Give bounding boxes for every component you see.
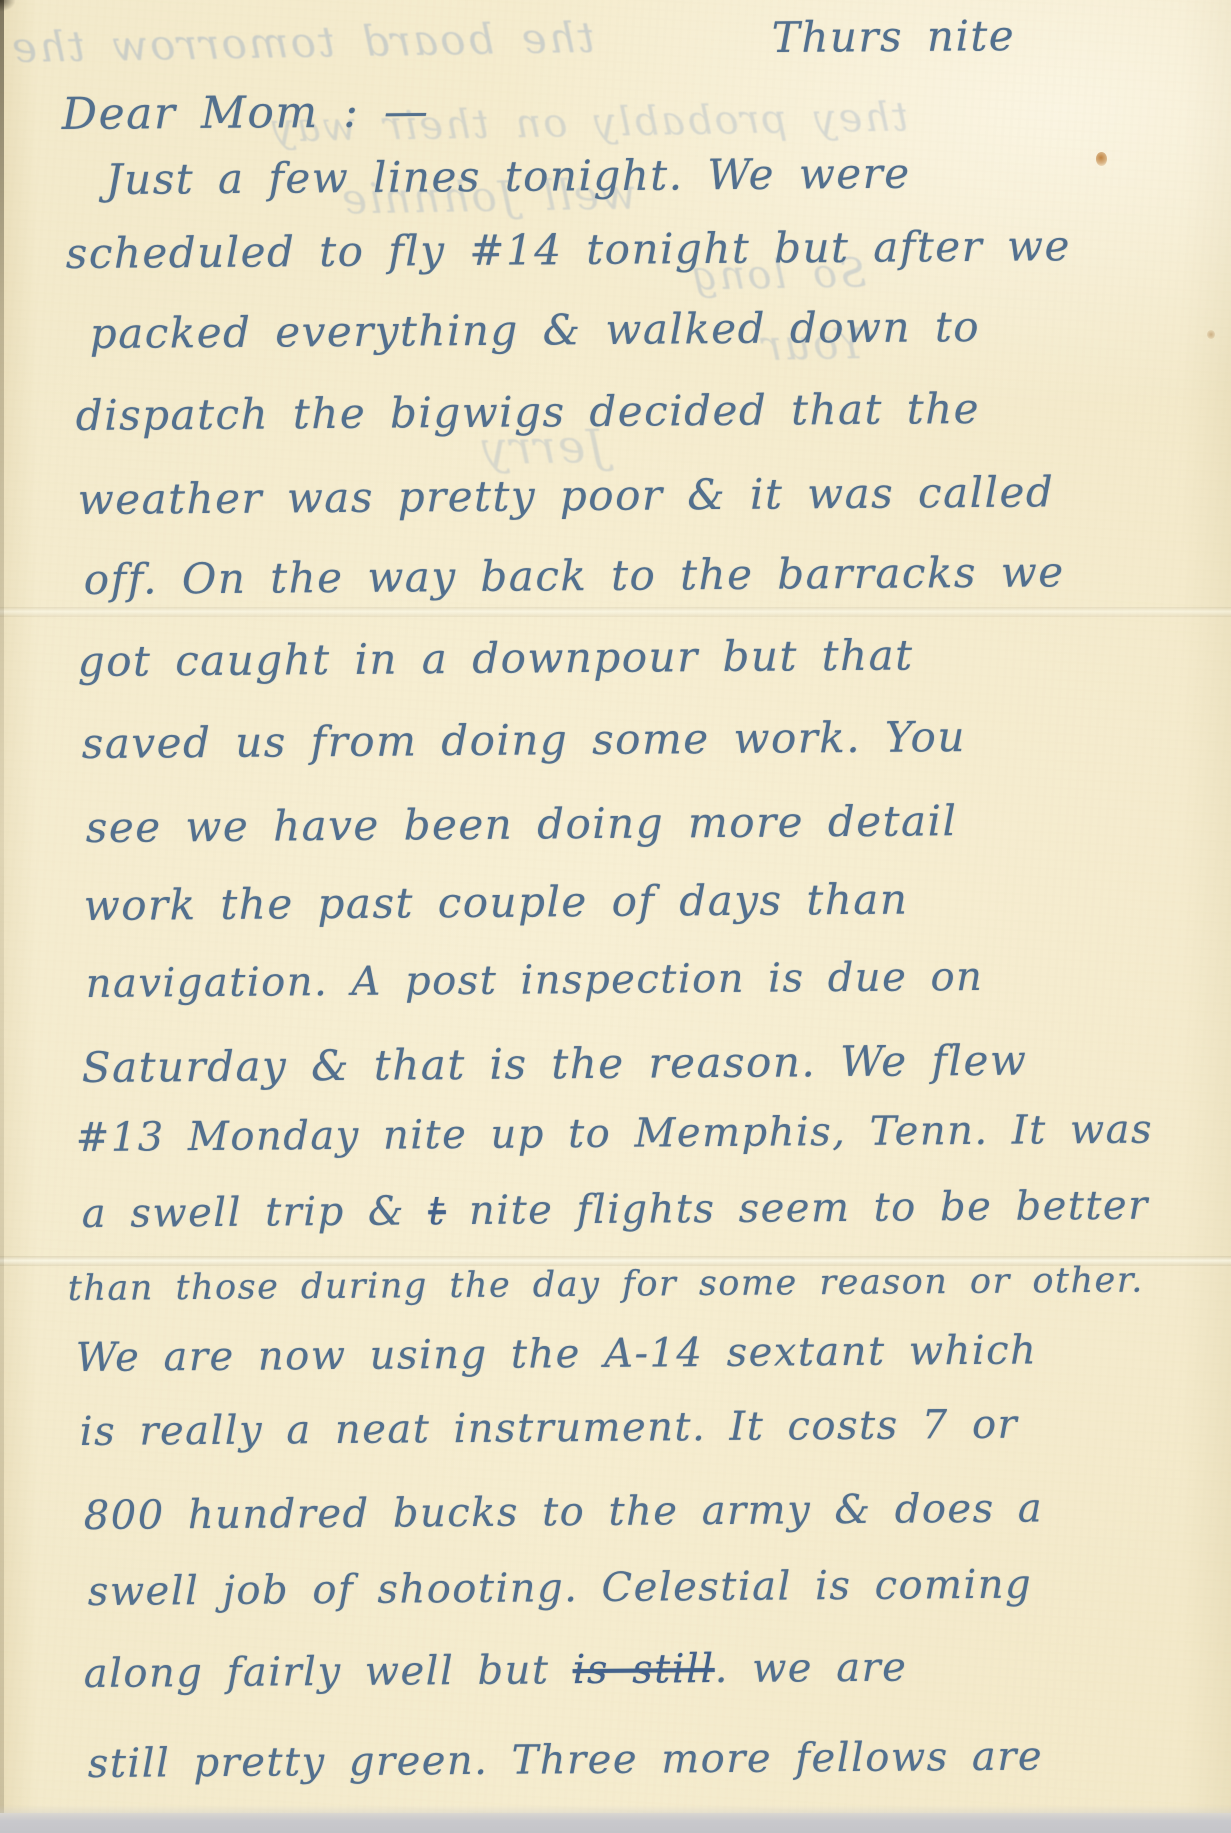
letter-line: weather was pretty poor & it was called: [78, 468, 1055, 523]
letter-line: work the past couple of days than: [84, 876, 909, 930]
letter-line: Just a few lines tonight. We were: [106, 150, 911, 203]
letter-line: is really a neat instrument. It costs 7 …: [80, 1403, 1019, 1455]
letter-line: see we have been doing more detail: [86, 797, 958, 851]
salutation: Dear Mom : —: [62, 87, 430, 139]
date-line: Thurs nite: [772, 12, 1016, 61]
letter-line: saved us from doing some work. You: [82, 713, 966, 767]
letter-line: off. On the way back to the barracks we: [84, 548, 1065, 603]
letter-line: scheduled to fly #14 tonight but after w…: [66, 222, 1071, 277]
scanner-strip-fade: [0, 1805, 1231, 1813]
crossed-out-words: is still: [572, 1646, 714, 1693]
line-segment: . we are: [714, 1645, 907, 1693]
letter-line: swell job of shooting. Celestial is comi…: [88, 1563, 1033, 1615]
letter-line: along fairly well but is still. we are: [84, 1646, 908, 1697]
letter-line: We are now using the A-14 sextant which: [76, 1328, 1038, 1380]
line-segment: along fairly well but: [84, 1647, 573, 1697]
letter-line: got caught in a downpour but that: [78, 631, 914, 685]
crossed-out-word: t: [428, 1188, 446, 1234]
scanner-strip: [0, 1813, 1231, 1833]
letter-line: #13 Monday nite up to Memphis, Tenn. It …: [76, 1108, 1154, 1161]
letter-line: Saturday & that is the reason. We flew: [82, 1037, 1028, 1091]
letter-line: still pretty green. Three more fellows a…: [88, 1734, 1044, 1786]
line-segment: nite flights seem to be better: [446, 1183, 1149, 1235]
letter-line: navigation. A post inspection is due on: [86, 955, 984, 1007]
letter-line: 800 hundred bucks to the army & does a: [84, 1486, 1044, 1538]
letter-line: a swell trip & t nite flights seem to be…: [82, 1184, 1149, 1237]
letter-line: dispatch the bigwigs decided that the: [76, 385, 981, 439]
line-segment: a swell trip &: [82, 1188, 429, 1237]
letter-line: packed everything & walked down to: [90, 303, 981, 357]
